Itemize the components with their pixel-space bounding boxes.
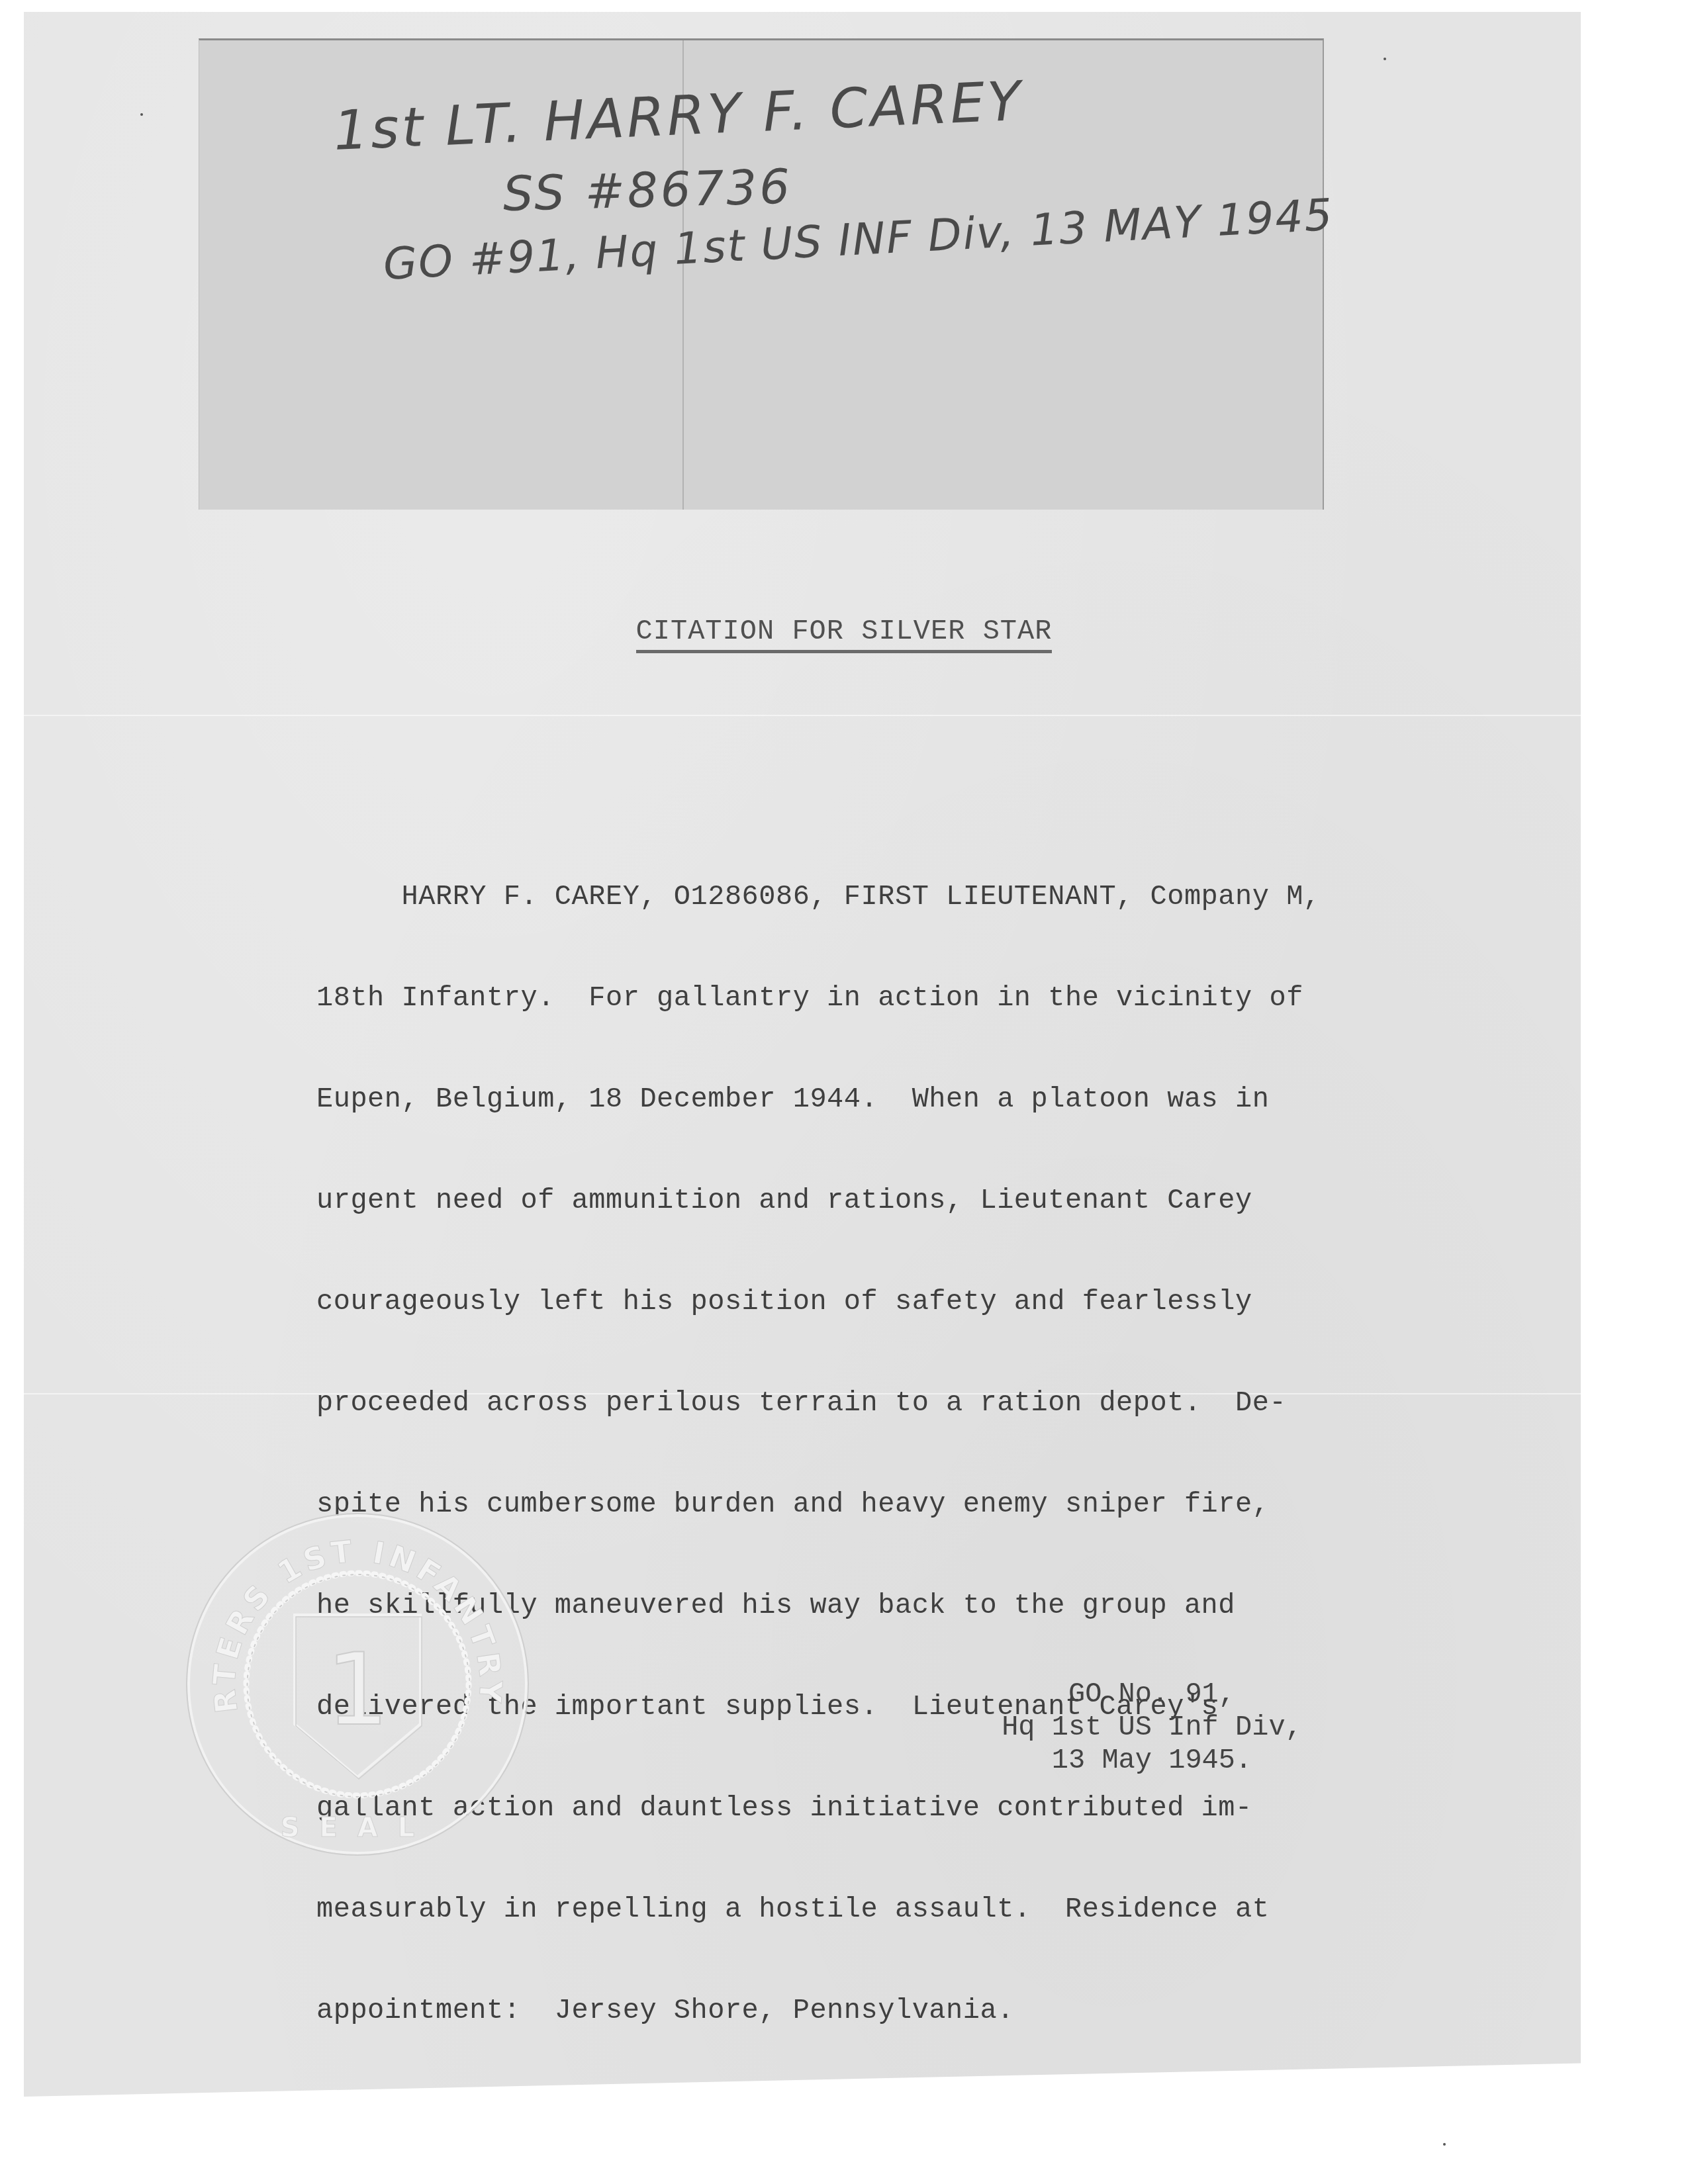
body-line: courageously left his position of safety… (316, 1285, 1309, 1319)
handwritten-serial: SS #86736 (502, 159, 793, 222)
citation-body: HARRY F. CAREY, O1286086, FIRST LIEUTENA… (316, 813, 1309, 2062)
body-line: Eupen, Belgium, 18 December 1944. When a… (316, 1083, 1309, 1116)
embossed-seal-icon: HEADQUARTERS 1ST INFANTRY DIVISION 1 SEA… (179, 1506, 536, 1863)
body-line: appointment: Jersey Shore, Pennsylvania. (316, 1994, 1309, 2028)
body-line: urgent need of ammunition and rations, L… (316, 1184, 1309, 1218)
citation-title: CITATION FOR SILVER STAR (636, 615, 1053, 653)
scan-speck (140, 113, 143, 116)
order-date: 13 May 1945. (953, 1744, 1350, 1777)
signature-block: GO No. 91, Hq 1st US Inf Div, 13 May 194… (953, 1678, 1350, 1777)
body-line: proceeded across perilous terrain to a r… (316, 1387, 1309, 1420)
handwritten-name: 1st LT. HARRY F. CAREY (332, 70, 1025, 163)
body-line: measurably in repelling a hostile assaul… (316, 1893, 1309, 1927)
general-order-number: GO No. 91, (953, 1678, 1350, 1711)
body-line: 18th Infantry. For gallantry in action i… (316, 981, 1309, 1015)
issuing-headquarters: Hq 1st US Inf Div, (953, 1711, 1350, 1744)
fold-line (24, 715, 1581, 716)
body-line: HARRY F. CAREY, O1286086, FIRST LIEUTENA… (316, 880, 1309, 914)
svg-text:1: 1 (326, 1633, 389, 1748)
citation-title-block: CITATION FOR SILVER STAR (0, 615, 1688, 647)
scan-speck (1443, 2143, 1446, 2146)
svg-text:SEAL: SEAL (281, 1813, 435, 1843)
scan-speck (1383, 58, 1386, 60)
handwritten-label-slip: 1st LT. HARRY F. CAREY SS #86736 GO #91,… (199, 38, 1324, 510)
